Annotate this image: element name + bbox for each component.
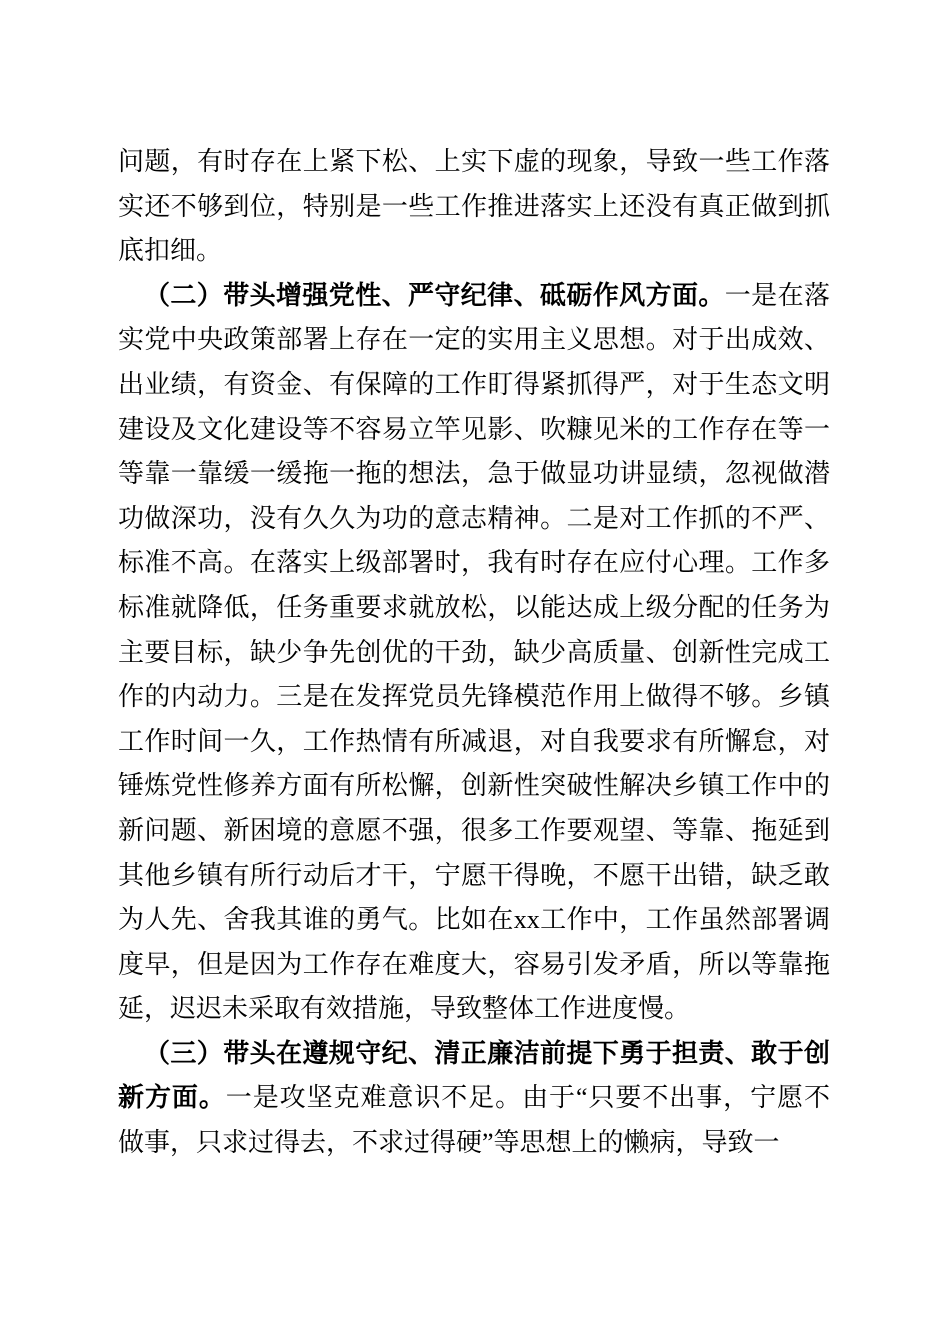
text-run: 一是攻坚克难意识不足。由于“只要不出事，宁愿不做事，只求过得去，不求过得硬”等思… xyxy=(118,1083,830,1157)
paragraph: （三）带头在遵规守纪、清正廉洁前提下勇于担责、敢于创新方面。一是攻坚克难意识不足… xyxy=(118,1032,830,1166)
section-heading: （二）带头增强党性、严守纪律、砥砺作风方面。 xyxy=(144,281,725,310)
document-text-body: 问题，有时存在上紧下松、上实下虚的现象，导致一些工作落实还不够到位，特别是一些工… xyxy=(118,140,830,1166)
paragraph: （二）带头增强党性、严守纪律、砥砺作风方面。一是在落实党中央政策部署上存在一定的… xyxy=(118,274,830,1032)
text-run: 问题，有时存在上紧下松、上实下虚的现象，导致一些工作落实还不够到位，特别是一些工… xyxy=(118,147,830,265)
paragraph: 问题，有时存在上紧下松、上实下虚的现象，导致一些工作落实还不够到位，特别是一些工… xyxy=(118,140,830,274)
text-run: 一是在落实党中央政策部署上存在一定的实用主义思想。对于出成效、出业绩，有资金、有… xyxy=(118,281,830,1024)
document-page: 问题，有时存在上紧下松、上实下虚的现象，导致一些工作落实还不够到位，特别是一些工… xyxy=(0,0,950,1344)
